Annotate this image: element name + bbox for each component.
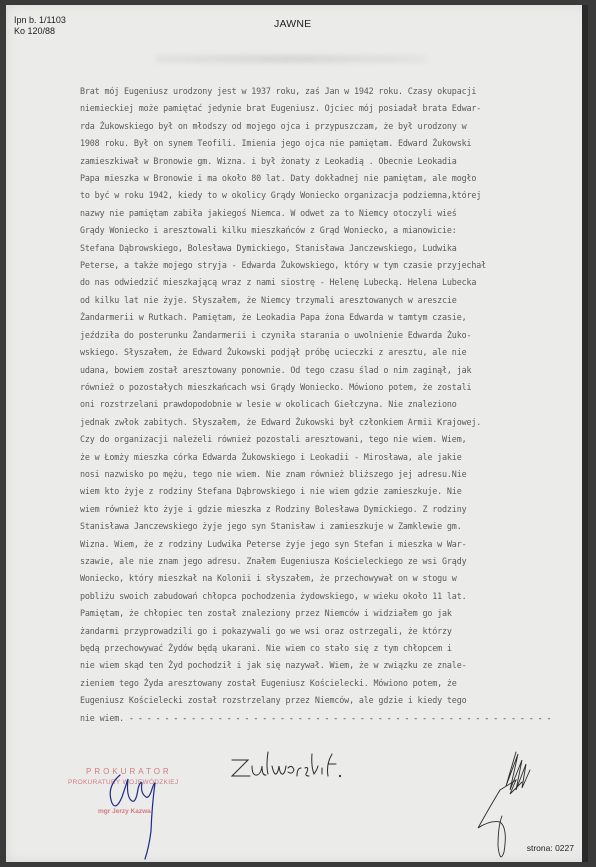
reference-line-2: Ko 120/88 bbox=[14, 26, 66, 37]
text-line: szawie, ale nie znam jego adresu. Znałem… bbox=[80, 553, 580, 570]
text-line: to być w roku 1942, kiedy to w okolicy G… bbox=[80, 187, 580, 204]
text-line: wiem kto żyje z rodziny Stefana Dąbrowsk… bbox=[80, 483, 580, 500]
text-line: zamieszkiwał w Bronowie gm. Wizna. i był… bbox=[80, 153, 580, 170]
classification-label: JAWNE bbox=[274, 18, 311, 30]
text-line: 1908 roku. Był on synem Teofili. Imienia… bbox=[80, 135, 580, 152]
final-words: nie wiem. bbox=[80, 713, 124, 723]
text-line: pobliżu swoich zabudowań chłopca pochodz… bbox=[80, 588, 580, 605]
text-line: Stefana Dąbrowskiego, Bolesława Dymickie… bbox=[80, 240, 580, 257]
reference-numbers: Ipn b. 1/1103 Ko 120/88 bbox=[14, 15, 66, 37]
scan-border bbox=[582, 5, 588, 862]
text-line: do nas odwiedzić mieszkającą wraz z nami… bbox=[80, 274, 580, 291]
text-line: Papa mieszka w Bronowie i ma około 80 la… bbox=[80, 170, 580, 187]
text-line: żandarmi przyprowadzili go i pokazywali … bbox=[80, 623, 580, 640]
text-line: Żandarmerii w Rutkach. Pamiętam, że Leok… bbox=[80, 309, 580, 326]
text-line: nosi nazwisko po mężu, tego nie wiem. Ni… bbox=[80, 466, 580, 483]
text-line: również o pozostałych mieszkańcach wsi G… bbox=[80, 379, 580, 396]
text-line: Pamiętam, że chłopiec ten został znalezi… bbox=[80, 605, 580, 622]
bleed-through-mark bbox=[156, 55, 426, 63]
text-line: wskiego. Słyszałem, że Edward Żukowski p… bbox=[80, 344, 580, 361]
page-number: strona: 0227 bbox=[527, 843, 574, 853]
text-line: Brat mój Eugeniusz urodzony jest w 1937 … bbox=[80, 83, 580, 100]
text-line: zieniem tego Żyda aresztowany został Eug… bbox=[80, 675, 580, 692]
text-line: nie wiem skąd ten Żyd pochodził i jak si… bbox=[80, 657, 580, 674]
text-line: od kilku lat nie żyje. Słyszałem, że Nie… bbox=[80, 292, 580, 309]
text-line: oni rozstrzelani prawdopodobnie w lesie … bbox=[80, 396, 580, 413]
text-line: jednak zwłok zabitych. Słyszałem, że Edw… bbox=[80, 414, 580, 431]
text-line: będą przechowywać Żydów będą ukarani. Ni… bbox=[80, 640, 580, 657]
text-line: Grądy Woniecko i aresztowali kilku miesz… bbox=[80, 222, 580, 239]
text-line: że w Łomży mieszka córka Edwarda Żukowsk… bbox=[80, 449, 580, 466]
text-line: wiem również kto żyje i gdzie mieszka z … bbox=[80, 501, 580, 518]
text-line: rda Żukowskiego był on młodszy od mojego… bbox=[80, 118, 580, 135]
text-line-final: nie wiem. - - - - - - - - - - - - - - - … bbox=[80, 710, 580, 727]
text-line: jeździła do posterunku Żandarmerii i czy… bbox=[80, 327, 580, 344]
reference-line-1: Ipn b. 1/1103 bbox=[14, 15, 66, 26]
text-line: Woniecko, który mieszkał na Kolonii i sł… bbox=[80, 570, 580, 587]
text-line: Eugeniusz Kościelecki został rozstrzelan… bbox=[80, 692, 580, 709]
text-line: niemieckiej może pamiętać jedynie brat E… bbox=[80, 100, 580, 117]
stamp-office: PROKURATURY WOJEWÓDZKIEJ bbox=[68, 779, 179, 786]
stamp-title: PROKURATOR bbox=[86, 767, 172, 776]
testimony-text: Brat mój Eugeniusz urodzony jest w 1937 … bbox=[80, 83, 580, 727]
text-line: nazwy nie pamiętam zabiła jakiegoś Niemc… bbox=[80, 205, 580, 222]
closing-dash-line: - - - - - - - - - - - - - - - - - - - - … bbox=[129, 713, 551, 723]
text-line: Stanisława Janczewskiego żyje jego syn S… bbox=[80, 518, 580, 535]
text-line: udana, bowiem został aresztowany ponowni… bbox=[80, 362, 580, 379]
text-line: Wizna. Wiem, że z rodziny Ludwika Peters… bbox=[80, 536, 580, 553]
stamp-name: mgr Jerzy Kazwa bbox=[98, 808, 151, 815]
text-line: Czy do organizacji należeli również pozo… bbox=[80, 431, 580, 448]
text-line: Peterse, a także mojego stryja - Edwarda… bbox=[80, 257, 580, 274]
document-page: Ipn b. 1/1103 Ko 120/88 JAWNE Brat mój E… bbox=[6, 5, 588, 862]
